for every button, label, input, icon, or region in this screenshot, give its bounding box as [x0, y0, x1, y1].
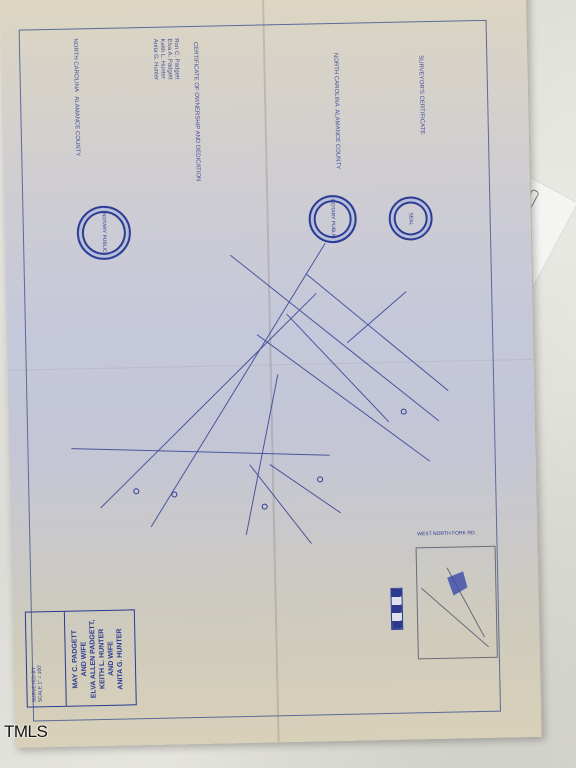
title-block: SURVEYED BY SCALE 1" = 100' MAY C. PADGE… — [25, 609, 137, 707]
blueprint-plat: NORTH CAROLINA ALAMANCE COUNTY Ron C. Pa… — [0, 0, 543, 748]
surveyor-info: SURVEYED BY SCALE 1" = 100' — [30, 618, 44, 702]
scale-bar — [390, 588, 403, 630]
owner-names: MAY C. PADGETT AND WIFE ELVA ALLEN PADGE… — [70, 617, 126, 702]
vicinity-map — [416, 546, 498, 660]
mls-watermark: TMLS — [4, 722, 47, 742]
road-label: WEST NORTH FORK RD. — [417, 530, 476, 537]
